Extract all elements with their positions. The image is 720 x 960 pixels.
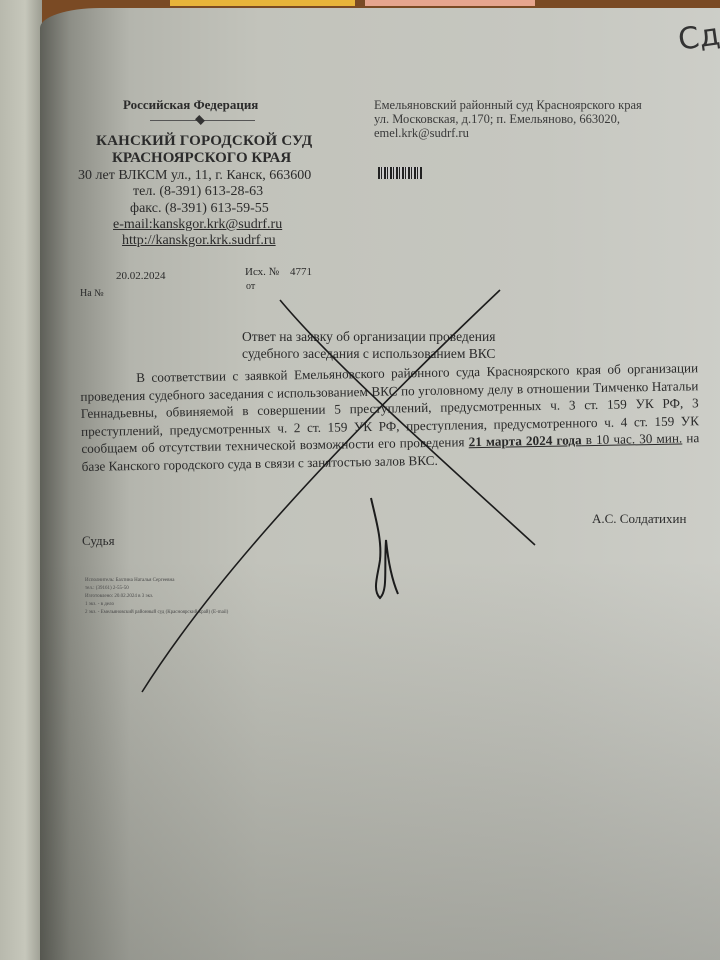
recipient-name: Емельяновский районный суд Красноярского… — [374, 98, 674, 112]
court-email-link[interactable]: e-mail:kanskgor.krk@sudrf.ru — [113, 217, 282, 233]
court-fax: факс. (8-391) 613-59-55 — [130, 201, 269, 217]
federation-label: Российская Федерация — [123, 97, 258, 113]
footer-line: Изготовлено: 20.02.2024 в 3 экз. — [85, 594, 153, 599]
subject-line2: судебного заседания с использованием ВКС — [242, 345, 495, 362]
recipient-block: Емельяновский районный суд Красноярского… — [374, 98, 674, 140]
recipient-address: ул. Московская, д.170; п. Емельяново, 66… — [374, 112, 674, 126]
handwritten-corner-mark: Сд — [676, 18, 720, 83]
ot-label: от — [246, 281, 255, 292]
page-shadow — [40, 560, 720, 960]
binder-edge — [0, 0, 42, 960]
judge-label: Судья — [82, 533, 115, 549]
judge-name: А.С. Солдатихин — [592, 511, 686, 527]
pink-tab — [365, 0, 535, 6]
footer-line: 1 экз. - в дело — [85, 602, 114, 607]
court-website-link[interactable]: http://kanskgor.krk.sudrf.ru — [122, 233, 276, 249]
hearing-time: в 10 час. 30 мин. — [581, 431, 682, 448]
yellow-tab — [170, 0, 355, 6]
court-address: 30 лет ВЛКСМ ул., 11, г. Канск, 663600 — [78, 168, 311, 184]
letter-body: В соответствии с заявкой Емельяновского … — [80, 359, 700, 475]
court-phone: тел. (8-391) 613-28-63 — [133, 184, 263, 200]
hearing-date: 21 марта 2024 года — [469, 433, 582, 450]
footer-line: тел.: (39161) 2-55-50 — [85, 586, 129, 591]
outgoing-number: 4771 — [290, 266, 312, 278]
barcode — [378, 167, 422, 179]
footer-line: 2 экз. - Емельяновский районный суд (Кра… — [85, 610, 228, 615]
na-no-label: На № — [80, 288, 104, 299]
outgoing-label: Исх. № — [245, 266, 279, 278]
footer-line: Исполнитель: Бахтина Наталья Сергеевна — [85, 578, 174, 583]
subject-line1: Ответ на заявку об организации проведени… — [242, 328, 495, 345]
recipient-email: emel.krk@sudrf.ru — [374, 126, 674, 140]
court-name-line2: КРАСНОЯРСКОГО КРАЯ — [112, 150, 291, 167]
subject: Ответ на заявку об организации проведени… — [242, 328, 495, 362]
court-name-line1: КАНСКИЙ ГОРОДСКОЙ СУД — [96, 133, 312, 150]
document-date: 20.02.2024 — [116, 270, 166, 282]
